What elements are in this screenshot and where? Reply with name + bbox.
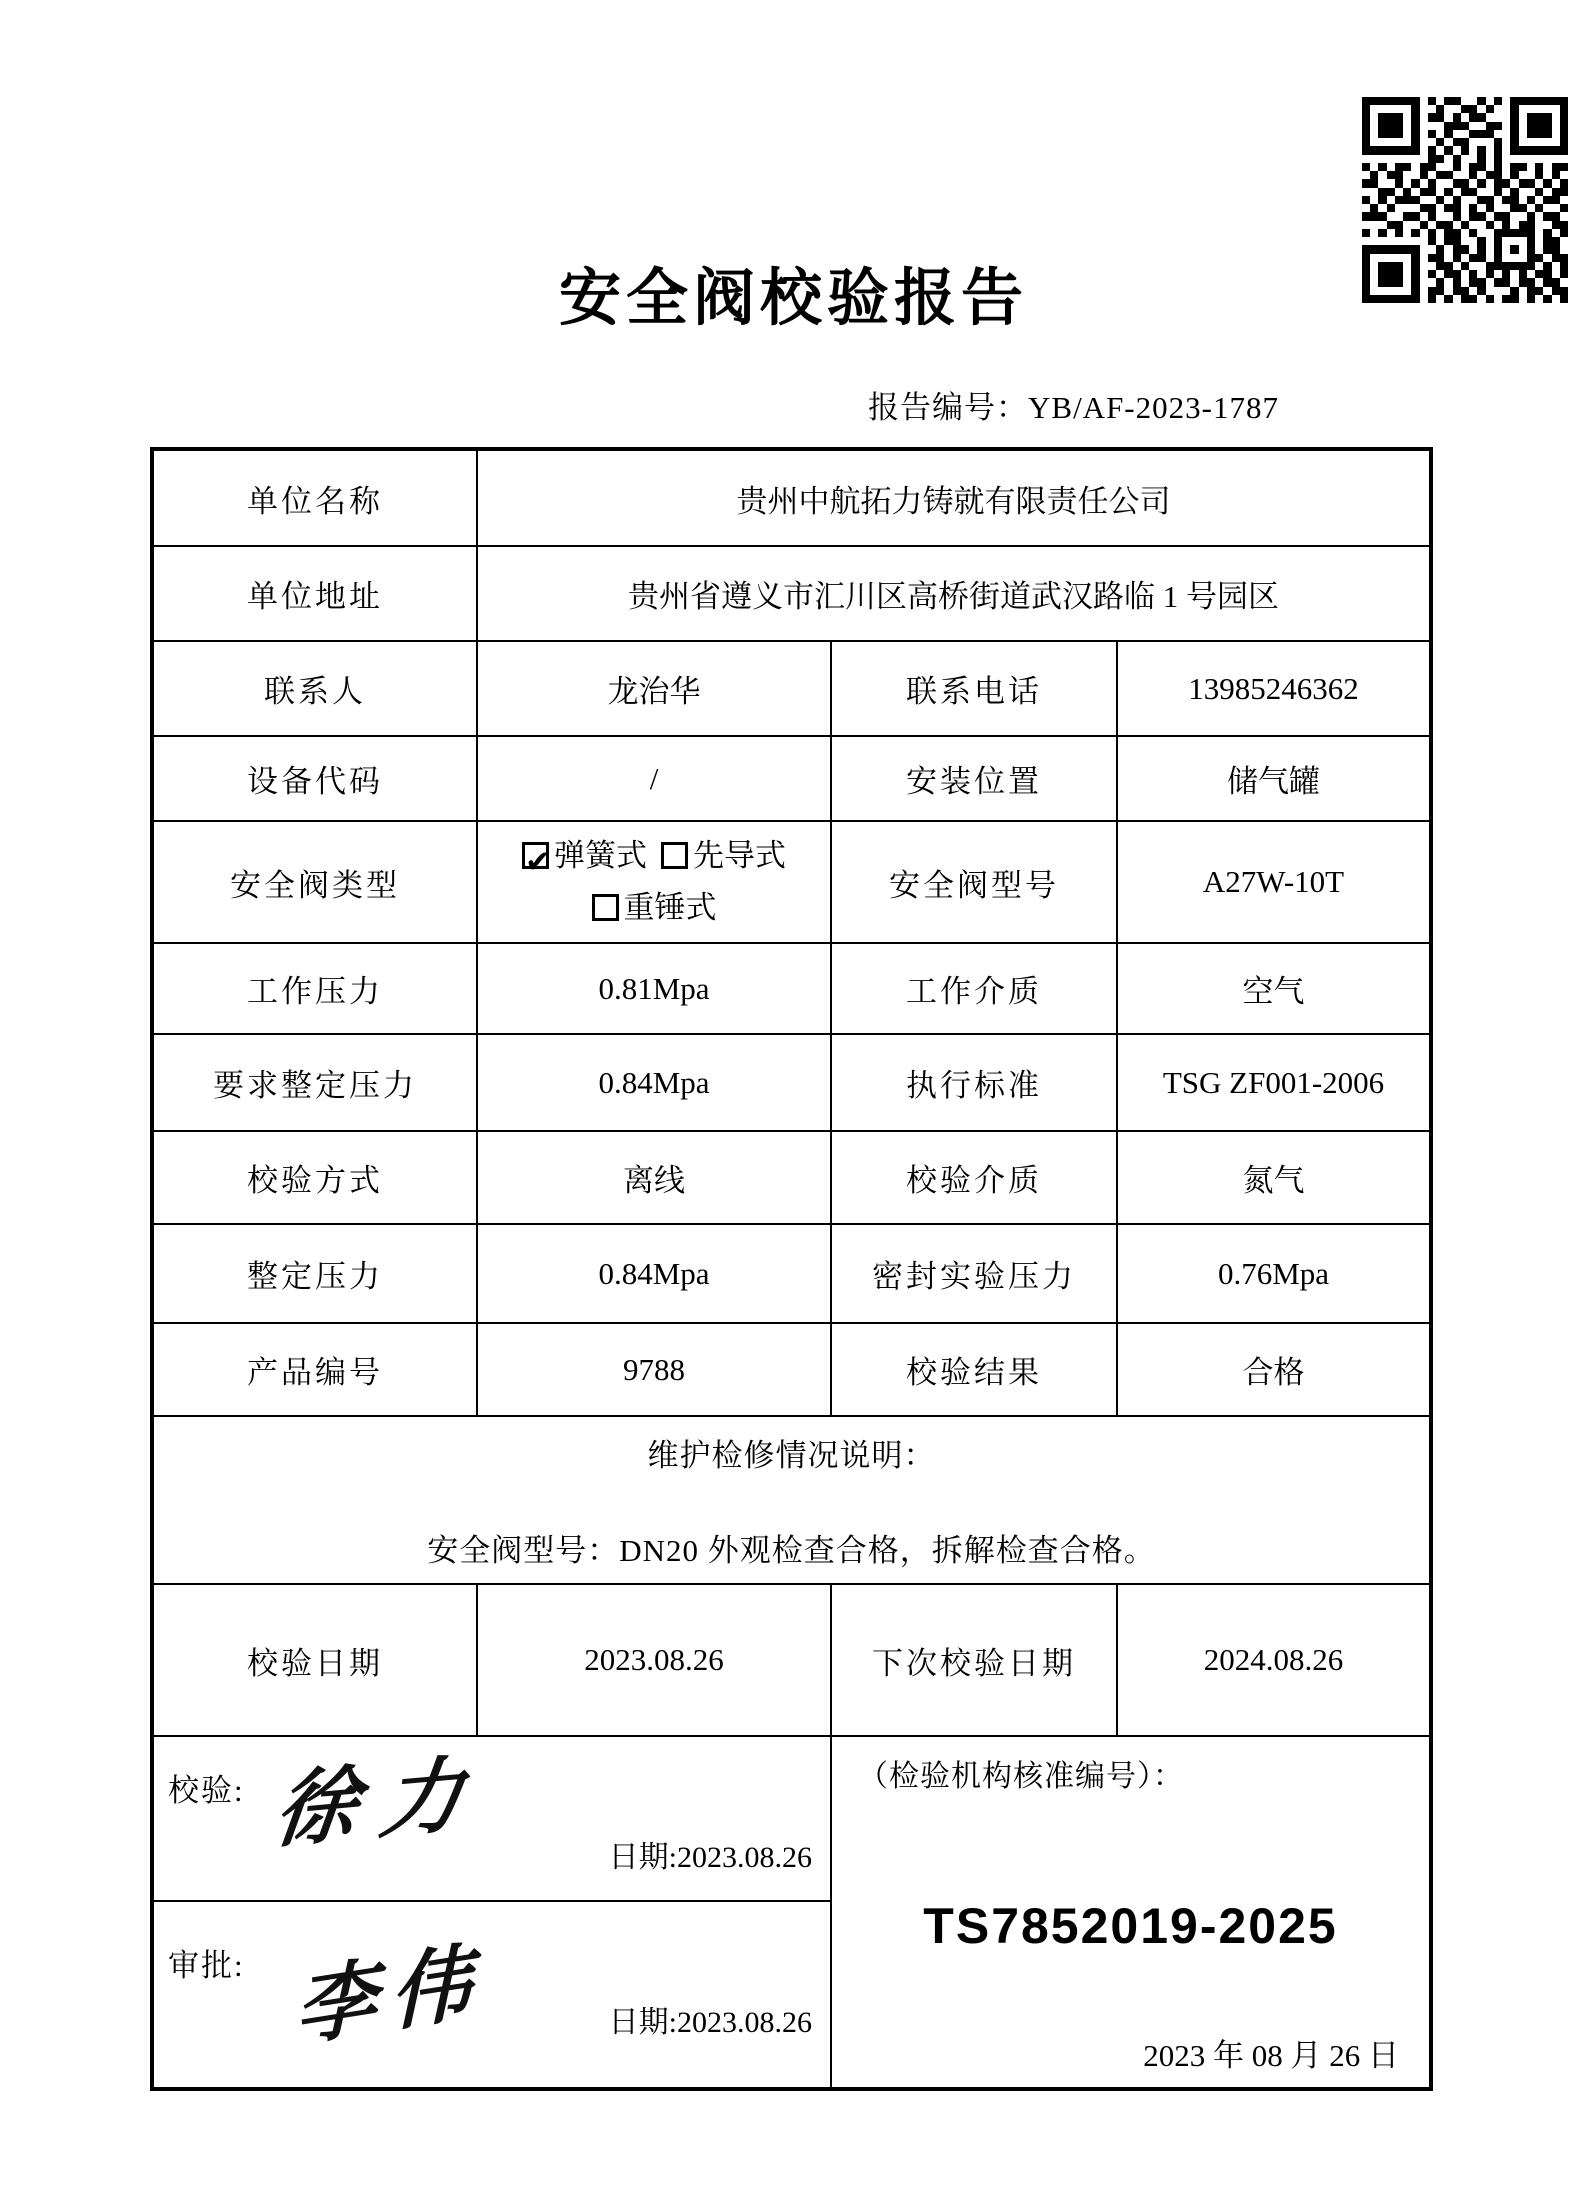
calibration-date-value: 2023.08.26 [477, 1584, 831, 1736]
install-location-value: 储气罐 [1117, 736, 1431, 821]
phone-label: 联系电话 [831, 641, 1117, 736]
org-approval-cell: （检验机构核准编号）： TS7852019-2025 2023 年 08 月 2… [831, 1736, 1431, 2089]
next-date-label: 下次校验日期 [831, 1584, 1117, 1736]
approver-signature: 李伟 [294, 1914, 486, 2062]
valve-type-line-1: 弹簧式先导式 [478, 830, 830, 882]
calibration-date-label: 校验日期 [152, 1584, 477, 1736]
valve-type-option-spring-label: 弹簧式 [554, 838, 647, 873]
unit-address-label: 单位地址 [152, 546, 477, 641]
product-no-label: 产品编号 [152, 1323, 477, 1416]
row-contact: 联系人 龙治华 联系电话 13985246362 [152, 641, 1431, 736]
contact-value: 龙治华 [477, 641, 831, 736]
result-label: 校验结果 [831, 1323, 1117, 1416]
calibration-method-label: 校验方式 [152, 1131, 477, 1224]
approver-date: 日期:2023.08.26 [609, 1997, 812, 2041]
calibration-medium-label: 校验介质 [831, 1131, 1117, 1224]
set-pressure-value: 0.84Mpa [477, 1224, 831, 1323]
page-title: 安全阀校验报告 [0, 248, 1587, 337]
row-maintenance-note: 维护检修情况说明： 安全阀型号：DN20 外观检查合格，拆解检查合格。 [152, 1416, 1431, 1584]
verifier-signature: 徐力 [269, 1736, 495, 1864]
row-dates: 校验日期 2023.08.26 下次校验日期 2024.08.26 [152, 1584, 1431, 1736]
next-date-value: 2024.08.26 [1117, 1584, 1431, 1736]
working-pressure-label: 工作压力 [152, 943, 477, 1034]
valve-type-option-pilot: 先导式 [661, 838, 786, 873]
row-required-set-pressure: 要求整定压力 0.84Mpa 执行标准 TSG ZF001-2006 [152, 1034, 1431, 1131]
approver-cell: 审批: 李伟 日期:2023.08.26 [152, 1901, 831, 2089]
unit-address-value: 贵州省遵义市汇川区高桥街道武汉路临 1 号园区 [477, 546, 1431, 641]
seal-test-pressure-value: 0.76Mpa [1117, 1224, 1431, 1323]
maintenance-note-cell: 维护检修情况说明： 安全阀型号：DN20 外观检查合格，拆解检查合格。 [152, 1416, 1431, 1584]
report-table: 单位名称 贵州中航拓力铸就有限责任公司 单位地址 贵州省遵义市汇川区高桥街道武汉… [150, 447, 1433, 2091]
row-calibration-method: 校验方式 离线 校验介质 氮气 [152, 1131, 1431, 1224]
org-code-label: （检验机构核准编号）： [858, 1751, 1184, 1795]
row-device: 设备代码 / 安装位置 储气罐 [152, 736, 1431, 821]
valve-model-label: 安全阀型号 [831, 821, 1117, 943]
issue-date: 2023 年 08 月 26 日 [1143, 2030, 1399, 2075]
checkbox-spring-checked-icon [522, 842, 549, 869]
product-no-value: 9788 [477, 1323, 831, 1416]
row-verifier: 校验: 徐力 日期:2023.08.26 （检验机构核准编号）： TS78520… [152, 1736, 1431, 1901]
valve-type-option-weight: 重锤式 [592, 890, 717, 925]
unit-name-label: 单位名称 [152, 449, 477, 546]
standard-label: 执行标准 [831, 1034, 1117, 1131]
calibration-medium-value: 氮气 [1117, 1131, 1431, 1224]
valve-type-value: 弹簧式先导式 重锤式 [477, 821, 831, 943]
row-set-pressure: 整定压力 0.84Mpa 密封实验压力 0.76Mpa [152, 1224, 1431, 1323]
required-set-pressure-value: 0.84Mpa [477, 1034, 831, 1131]
verifier-cell: 校验: 徐力 日期:2023.08.26 [152, 1736, 831, 1901]
maintenance-note-title: 维护检修情况说明： [154, 1430, 1429, 1475]
verifier-label: 校验: [168, 1765, 245, 1810]
install-location-label: 安装位置 [831, 736, 1117, 821]
row-unit-address: 单位地址 贵州省遵义市汇川区高桥街道武汉路临 1 号园区 [152, 546, 1431, 641]
standard-value: TSG ZF001-2006 [1117, 1034, 1431, 1131]
seal-test-pressure-label: 密封实验压力 [831, 1224, 1117, 1323]
phone-value: 13985246362 [1117, 641, 1431, 736]
row-unit-name: 单位名称 贵州中航拓力铸就有限责任公司 [152, 449, 1431, 546]
report-number: 报告编号：YB/AF-2023-1787 [868, 382, 1279, 427]
working-medium-value: 空气 [1117, 943, 1431, 1034]
row-valve-type: 安全阀类型 弹簧式先导式 重锤式 安全阀型号 A27W-10T [152, 821, 1431, 943]
device-code-value: / [477, 736, 831, 821]
checkbox-weight-icon [592, 894, 619, 921]
maintenance-note-body: 安全阀型号：DN20 外观检查合格，拆解检查合格。 [154, 1525, 1429, 1570]
working-pressure-value: 0.81Mpa [477, 943, 831, 1034]
row-product-no: 产品编号 9788 校验结果 合格 [152, 1323, 1431, 1416]
valve-type-label: 安全阀类型 [152, 821, 477, 943]
checkbox-pilot-icon [661, 842, 688, 869]
result-value: 合格 [1117, 1323, 1431, 1416]
valve-type-line-2: 重锤式 [478, 882, 830, 934]
unit-name-value: 贵州中航拓力铸就有限责任公司 [477, 449, 1431, 546]
valve-type-option-weight-label: 重锤式 [624, 890, 717, 925]
calibration-method-value: 离线 [477, 1131, 831, 1224]
contact-label: 联系人 [152, 641, 477, 736]
valve-model-value: A27W-10T [1117, 821, 1431, 943]
required-set-pressure-label: 要求整定压力 [152, 1034, 477, 1131]
report-page: 安全阀校验报告 报告编号：YB/AF-2023-1787 单位名称 贵州中航拓力… [0, 0, 1587, 2192]
verifier-date: 日期:2023.08.26 [609, 1832, 812, 1876]
org-code-value: TS7852019-2025 [832, 1897, 1429, 1955]
device-code-label: 设备代码 [152, 736, 477, 821]
working-medium-label: 工作介质 [831, 943, 1117, 1034]
set-pressure-label: 整定压力 [152, 1224, 477, 1323]
report-number-label: 报告编号： [868, 390, 1028, 425]
valve-type-option-pilot-label: 先导式 [693, 838, 786, 873]
report-number-value: YB/AF-2023-1787 [1028, 390, 1279, 425]
valve-type-option-spring: 弹簧式 [522, 838, 647, 873]
row-working-pressure: 工作压力 0.81Mpa 工作介质 空气 [152, 943, 1431, 1034]
approver-label: 审批: [168, 1940, 245, 1985]
